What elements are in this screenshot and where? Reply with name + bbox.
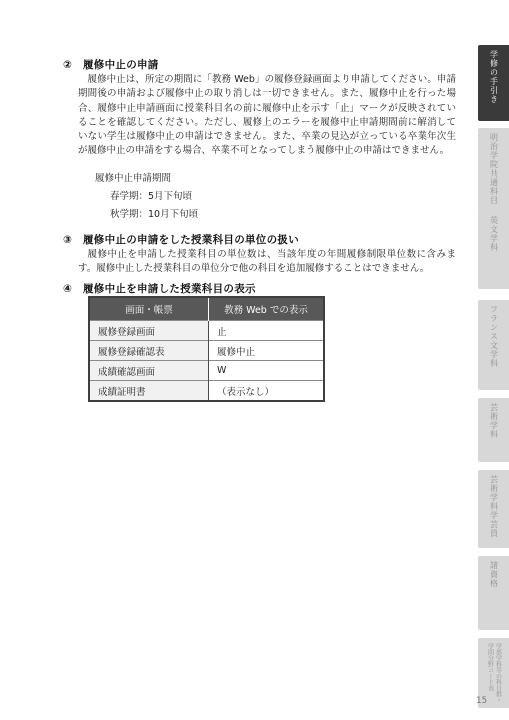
- table-header-web-display: 教務 Web での表示: [209, 297, 325, 321]
- side-tab-label: 芸術学科学芸員: [489, 475, 499, 548]
- table-cell-web: 止: [209, 321, 325, 341]
- side-tab-english-literature: 英文学科: [478, 211, 509, 289]
- table-cell-screen: 成績確認画面: [89, 361, 209, 381]
- section4-heading: ④ 履修中止を申請した授業科目の表示: [63, 281, 463, 296]
- table-cell-screen: 成績証明書: [89, 381, 209, 402]
- side-tab-study-guide: 学修の手引き: [478, 45, 509, 121]
- side-tab-french-literature: フランス文学科: [478, 300, 509, 390]
- table-cell-web: （表示なし）: [209, 381, 325, 402]
- section3-body: 履修中止を申請した授業科目の単位数は、当該年度の年間履修制限単位数に含みます。履…: [78, 248, 456, 277]
- document-page: ② 履修中止の申請 履修中止は、所定の期間に「教務 Web」の履修登録画面より申…: [0, 0, 509, 720]
- side-tab-label: 英文学科: [489, 216, 499, 289]
- table-cell-web: W: [209, 361, 325, 381]
- spring-term-period: 春学期：5月下旬頃: [110, 188, 192, 202]
- side-tab-label: 学修の手引き: [489, 50, 499, 121]
- table-header-row: 画面・帳票 教務 Web での表示: [89, 297, 324, 321]
- side-tab-label: フランス文学科: [489, 305, 499, 390]
- page-number: 15: [476, 696, 487, 706]
- table-row: 履修登録画面 止: [89, 321, 324, 341]
- table-row: 成績確認画面 W: [89, 361, 324, 381]
- section2-body: 履修中止は、所定の期間に「教務 Web」の履修登録画面より申請してください。申請…: [78, 73, 456, 159]
- table-row: 成績証明書 （表示なし）: [89, 381, 324, 402]
- table-row: 履修登録確認表 履修中止: [89, 341, 324, 361]
- side-tab-label: 諸資格: [489, 561, 499, 630]
- side-tab-art-studies: 芸術学科: [478, 398, 509, 462]
- side-tab-label: 芸術学科: [489, 403, 499, 462]
- section3-heading: ③ 履修中止の申請をした授業科目の単位の扱い: [63, 232, 463, 247]
- autumn-term-period: 秋学期：10月下旬頃: [110, 206, 198, 220]
- table-cell-screen: 履修登録確認表: [89, 341, 209, 361]
- side-tab-label: 明治学院共通科目: [489, 133, 499, 212]
- withdrawal-display-table: 画面・帳票 教務 Web での表示 履修登録画面 止 履修登録確認表 履修中止 …: [88, 296, 325, 402]
- application-period-label: 履修中止申請期間: [95, 170, 171, 184]
- side-tab-label: 学部学科等の科目群・学問分野コード表: [486, 643, 502, 708]
- side-tab-common-courses: 明治学院共通科目: [478, 128, 509, 212]
- side-tab-qualifications: 諸資格: [478, 556, 509, 630]
- section2-heading: ② 履修中止の申請: [63, 57, 463, 72]
- table-header-screen: 画面・帳票: [89, 297, 209, 321]
- table-cell-screen: 履修登録画面: [89, 321, 209, 341]
- table-cell-web: 履修中止: [209, 341, 325, 361]
- side-tab-art-curator: 芸術学科学芸員: [478, 470, 509, 548]
